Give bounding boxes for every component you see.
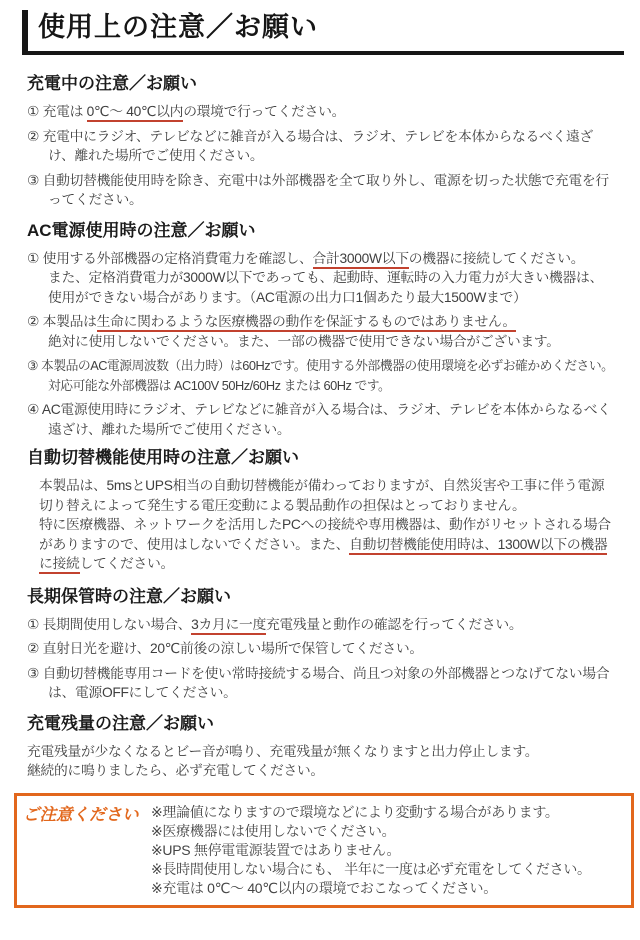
underlined-text: 合計3000W以下	[313, 251, 409, 269]
underlined-text: 3カ月に一度	[191, 617, 266, 635]
section-heading: 充電残量の注意／お願い	[27, 713, 616, 735]
caution-note: ※充電は 0℃～ 40℃以内の環境でおこなってください。	[151, 879, 627, 898]
section-auto-switch: 自動切替機能使用時の注意／お願い 本製品は、5msとUPS相当の自動切替機能が備…	[27, 447, 616, 574]
notice-item: ② 充電中にラジオ、テレビなどに雑音が入る場合は、ラジオ、テレビを本体からなるべ…	[27, 127, 616, 166]
notice-item: ② 本製品は生命に関わるような医療機器の動作を保証するものではありません。 絶対…	[27, 312, 616, 351]
item-text: 充電残量が少なくなるとビー音が鳴り、充電残量が無くなりますと出力停止します。 継…	[27, 744, 538, 779]
caution-note: ※理論値になりますので環境などにより変動する場合があります。	[151, 803, 627, 822]
section-long-storage: 長期保管時の注意／お願い ① 長期間使用しない場合、3カ月に一度充電残量と動作の…	[27, 586, 616, 703]
caution-label: ご注意ください	[23, 803, 151, 826]
notice-item: ④ AC電源使用時にラジオ、テレビなどに雑音が入る場合は、ラジオ、テレビを本体か…	[27, 400, 616, 439]
notice-item: ③ 自動切替機能使用時を除き、充電中は外部機器を全て取り外し、電源を切った状態で…	[27, 171, 616, 210]
underlined-text: 0℃～ 40℃以内	[87, 104, 184, 122]
item-text: ② 本製品は	[27, 314, 97, 329]
notice-item: ① 長期間使用しない場合、3カ月に一度充電残量と動作の確認を行ってください。	[27, 615, 616, 635]
caution-notes: ※理論値になりますので環境などにより変動する場合があります。 ※医療機器には使用…	[151, 803, 627, 898]
section-heading: 自動切替機能使用時の注意／お願い	[27, 447, 616, 469]
item-text: ③ 本製品のAC電源周波数（出力時）は60Hzです。使用する外部機器の使用環境を…	[27, 358, 613, 393]
caution-note: ※医療機器には使用しないでください。	[151, 822, 627, 841]
page-title: 使用上の注意／お願い	[38, 11, 624, 43]
notice-item: ③ 本製品のAC電源周波数（出力時）は60Hzです。使用する外部機器の使用環境を…	[27, 356, 616, 395]
section-heading: 長期保管時の注意／お願い	[27, 586, 616, 608]
item-text: ② 直射日光を避け、20℃前後の涼しい場所で保管してください。	[27, 641, 423, 656]
item-text: 充電残量と動作の確認を行ってください。	[266, 617, 522, 632]
notice-item: 充電残量が少なくなるとビー音が鳴り、充電残量が無くなりますと出力停止します。 継…	[27, 742, 616, 781]
item-text: ① 長期間使用しない場合、	[27, 617, 191, 632]
section-heading: 充電中の注意／お願い	[27, 73, 616, 95]
manual-page: 使用上の注意／お願い 充電中の注意／お願い ① 充電は 0℃～ 40℃以内の環境…	[0, 0, 640, 908]
item-text: ① 使用する外部機器の定格消費電力を確認し、	[27, 251, 313, 266]
section-heading: AC電源使用時の注意／お願い	[27, 220, 616, 242]
item-text: ② 充電中にラジオ、テレビなどに雑音が入る場合は、ラジオ、テレビを本体からなるべ…	[27, 129, 593, 164]
item-text: ③ 自動切替機能使用時を除き、充電中は外部機器を全て取り外し、電源を切った状態で…	[27, 173, 609, 208]
section-ac-power: AC電源使用時の注意／お願い ① 使用する外部機器の定格消費電力を確認し、合計3…	[27, 220, 616, 440]
caution-box: ご注意ください ※理論値になりますので環境などにより変動する場合があります。 ※…	[14, 793, 634, 908]
notice-item: ② 直射日光を避け、20℃前後の涼しい場所で保管してください。	[27, 639, 616, 659]
underlined-text: 生命に関わるような医療機器の動作を保証するものではありません。	[97, 314, 516, 332]
item-text: 絶対に使用しないでください。また、一部の機器で使用できない場合がございます。	[48, 334, 560, 349]
notice-item: ① 使用する外部機器の定格消費電力を確認し、合計3000W以下の機器に接続してく…	[27, 249, 616, 308]
page-title-block: 使用上の注意／お願い	[22, 10, 624, 55]
notice-item: ③ 自動切替機能専用コードを使い常時接続する場合、尚且つ対象の外部機器とつなげて…	[27, 664, 616, 703]
item-text: ① 充電は	[27, 104, 87, 119]
caution-note: ※長時間使用しない場合にも、 半年に一度は必ず充電をしてください。	[151, 860, 627, 879]
notice-item: ① 充電は 0℃～ 40℃以内の環境で行ってください。	[27, 102, 616, 122]
section-charge-level: 充電残量の注意／お願い 充電残量が少なくなるとビー音が鳴り、充電残量が無くなりま…	[27, 713, 616, 781]
item-text: の環境で行ってください。	[183, 104, 345, 119]
item-text: してください。	[80, 556, 174, 571]
caution-note: ※UPS 無停電電源装置ではありません。	[151, 841, 627, 860]
item-text: ④ AC電源使用時にラジオ、テレビなどに雑音が入る場合は、ラジオ、テレビを本体か…	[27, 402, 611, 437]
item-text: ③ 自動切替機能専用コードを使い常時接続する場合、尚且つ対象の外部機器とつなげて…	[27, 666, 609, 701]
section-charging: 充電中の注意／お願い ① 充電は 0℃～ 40℃以内の環境で行ってください。 ②…	[27, 73, 616, 210]
notice-item: 本製品は、5msとUPS相当の自動切替機能が備わっておりますが、自然災害や工事に…	[27, 476, 616, 574]
